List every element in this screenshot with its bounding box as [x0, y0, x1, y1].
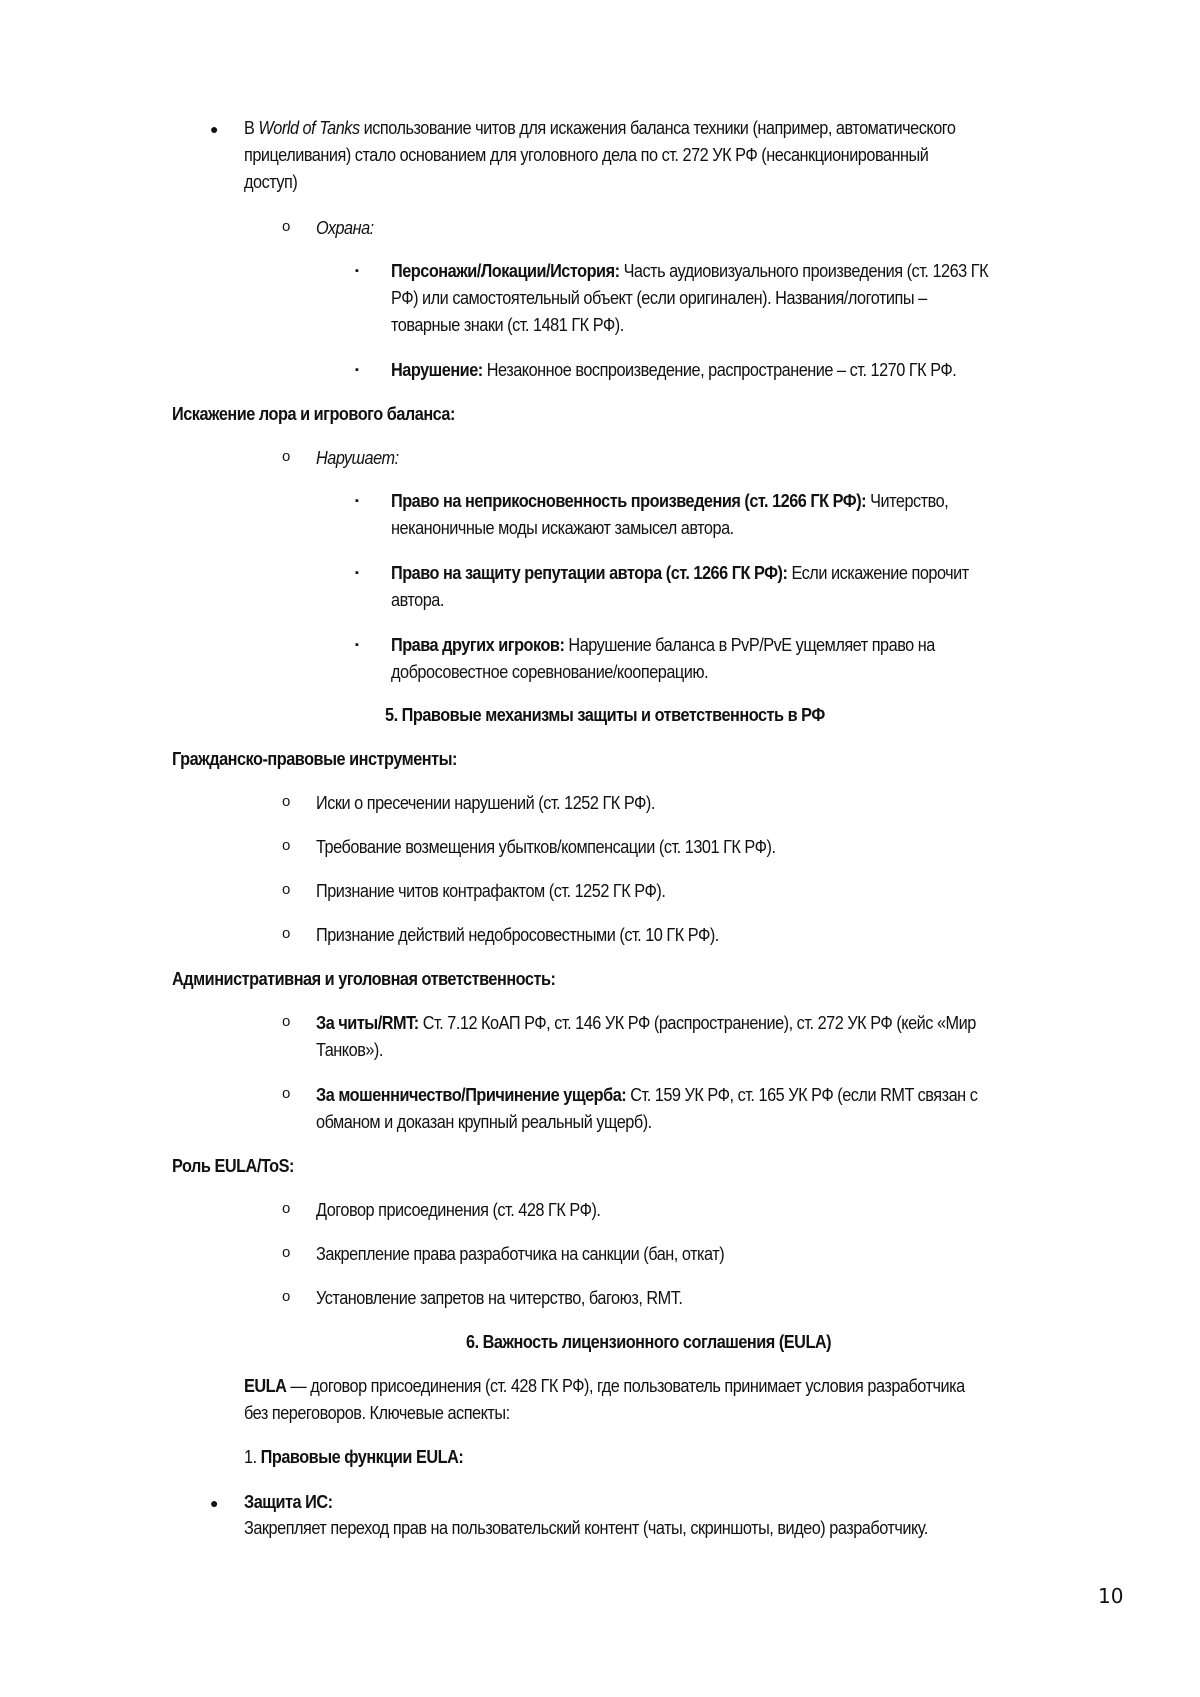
eula-role-item: Установление запретов на читерство, баго…	[316, 1284, 682, 1311]
civil-instruments-heading: Гражданско-правовые инструменты:	[172, 745, 457, 772]
bullet-circle-icon: o	[282, 1244, 290, 1261]
wot-case-line-2: прицеливания) стало основанием для уголо…	[244, 141, 928, 168]
civil-item: Признание действий недобросовестными (ст…	[316, 921, 719, 948]
section-6-title: 6. Важность лицензионного соглашения (EU…	[466, 1328, 831, 1355]
bullet-square-icon: ▪	[355, 364, 359, 376]
bullet-circle-icon: o	[282, 837, 290, 854]
bullet-circle-icon: o	[282, 1200, 290, 1217]
protection-item-violation: Нарушение: Незаконное воспроизведение, р…	[391, 356, 956, 383]
bullet-square-icon: ▪	[355, 639, 359, 651]
lore-balance-heading: Искажение лора и игрового баланса:	[172, 400, 455, 427]
bullet-disc-icon: ●	[210, 121, 218, 137]
admin-item-cheats-rmt-line-2: Танков»).	[316, 1036, 383, 1063]
violates-item-integrity: Право на неприкосновенность произведения…	[391, 487, 948, 514]
bullet-circle-icon: o	[282, 881, 290, 898]
violates-item-reputation: Право на защиту репутации автора (ст. 12…	[391, 559, 969, 586]
protection-item-characters-line-2: РФ) или самостоятельный объект (если ори…	[391, 284, 927, 311]
violates-item-other-players: Права других игроков: Нарушение баланса …	[391, 631, 935, 658]
violates-item-other-players-line-2: добросовестное соревнование/кооперацию.	[391, 658, 708, 685]
bullet-circle-icon: o	[282, 793, 290, 810]
document-page: ● В World of Tanks использование читов д…	[0, 0, 1200, 1697]
wot-case-line-3: доступ)	[244, 168, 297, 195]
bullet-square-icon: ▪	[355, 567, 359, 579]
protection-label: Охрана:	[316, 214, 374, 241]
page-number: 10	[1098, 1584, 1123, 1608]
admin-item-fraud: За мошенничество/Причинение ущерба: Ст. …	[316, 1081, 977, 1108]
civil-item: Иски о пресечении нарушений (ст. 1252 ГК…	[316, 789, 655, 816]
wot-case-line-1: В World of Tanks использование читов для…	[244, 114, 955, 141]
civil-item: Требование возмещения убытков/компенсаци…	[316, 833, 775, 860]
bullet-circle-icon: o	[282, 925, 290, 942]
admin-item-cheats-rmt: За читы/RMT: Ст. 7.12 КоАП РФ, ст. 146 У…	[316, 1009, 976, 1036]
bullet-circle-icon: o	[282, 1013, 290, 1030]
game-title: World of Tanks	[258, 117, 359, 138]
ip-protection-heading: Защита ИС:	[244, 1488, 333, 1515]
admin-item-fraud-line-2: обманом и доказан крупный реальный ущерб…	[316, 1108, 652, 1135]
eula-intro-line-2: без переговоров. Ключевые аспекты:	[244, 1399, 510, 1426]
bullet-circle-icon: o	[282, 1288, 290, 1305]
bullet-circle-icon: o	[282, 448, 290, 465]
violates-item-reputation-line-2: автора.	[391, 586, 444, 613]
bullet-circle-icon: o	[282, 1085, 290, 1102]
bullet-disc-icon: ●	[210, 1495, 218, 1511]
ip-protection-text: Закрепляет переход прав на пользовательс…	[244, 1514, 928, 1541]
eula-role-item: Договор присоединения (ст. 428 ГК РФ).	[316, 1196, 600, 1223]
eula-role-item: Закрепление права разработчика на санкци…	[316, 1240, 724, 1267]
admin-criminal-heading: Административная и уголовная ответственн…	[172, 965, 555, 992]
protection-item-characters: Персонажи/Локации/История: Часть аудиови…	[391, 257, 988, 284]
legal-functions-heading: 1. Правовые функции EULA:	[244, 1443, 463, 1470]
bullet-square-icon: ▪	[355, 265, 359, 277]
section-5-title: 5. Правовые механизмы защиты и ответстве…	[385, 701, 825, 728]
violates-label: Нарушает:	[316, 444, 399, 471]
protection-item-characters-line-3: товарные знаки (ст. 1481 ГК РФ).	[391, 311, 624, 338]
civil-item: Признание читов контрафактом (ст. 1252 Г…	[316, 877, 665, 904]
bullet-circle-icon: o	[282, 218, 290, 235]
bullet-square-icon: ▪	[355, 495, 359, 507]
violates-item-integrity-line-2: неканоничные моды искажают замысел автор…	[391, 514, 734, 541]
eula-intro-line-1: EULA — договор присоединения (ст. 428 ГК…	[244, 1372, 965, 1399]
eula-role-heading: Роль EULA/ToS:	[172, 1152, 294, 1179]
